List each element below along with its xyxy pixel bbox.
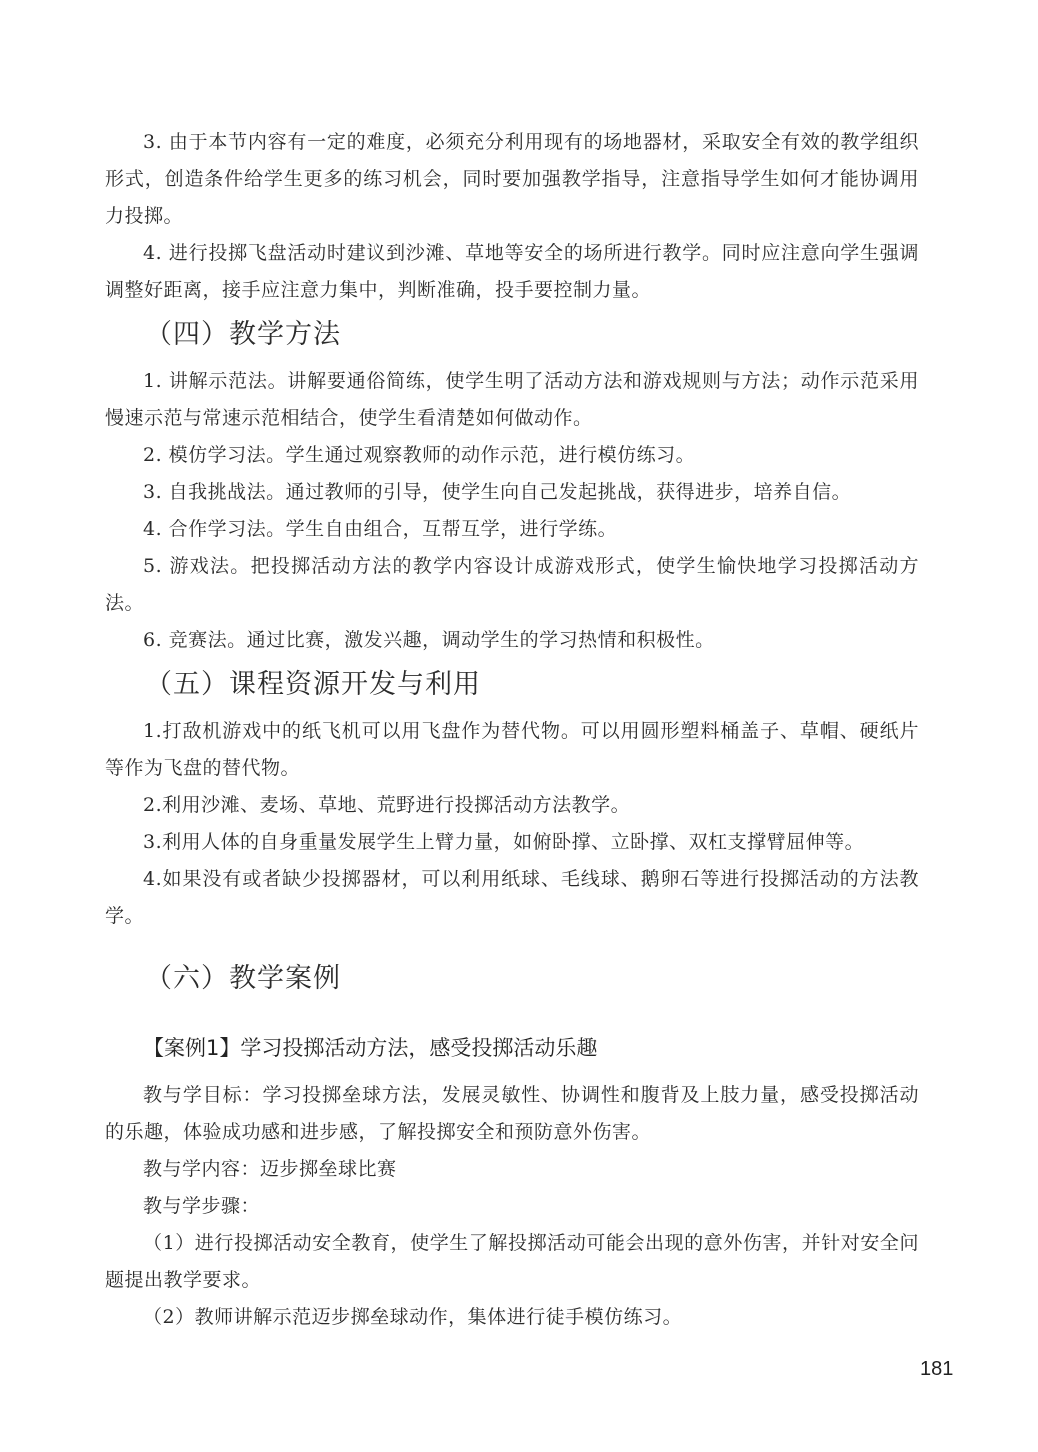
- case-goal: 教与学目标：学习投掷垒球方法，发展灵敏性、协调性和腹背及上肢力量，感受投掷活动的…: [105, 1077, 919, 1151]
- case-step-2: （2）教师讲解示范迈步掷垒球动作，集体进行徒手模仿练习。: [105, 1299, 919, 1336]
- spacer: [105, 935, 919, 953]
- section-heading-teaching-cases: （六）教学案例: [105, 959, 919, 999]
- resource-item-3: 3.利用人体的自身重量发展学生上臂力量，如俯卧撑、立卧撑、双杠支撑臂屈伸等。: [105, 824, 919, 861]
- method-item-3: 3. 自我挑战法。通过教师的引导，使学生向自己发起挑战，获得进步，培养自信。: [105, 474, 919, 511]
- case-step-1: （1）进行投掷活动安全教育，使学生了解投掷活动可能会出现的意外伤害，并针对安全问…: [105, 1225, 919, 1299]
- page-body: 3. 由于本节内容有一定的难度，必须充分利用现有的场地器材，采取安全有效的教学组…: [105, 124, 919, 1336]
- spacer: [105, 1007, 919, 1025]
- case-title: 【案例1】学习投掷活动方法，感受投掷活动乐趣: [105, 1033, 919, 1063]
- note-item-4: 4. 进行投掷飞盘活动时建议到沙滩、草地等安全的场所进行教学。同时应注意向学生强…: [105, 235, 919, 309]
- resource-item-2: 2.利用沙滩、麦场、草地、荒野进行投掷活动方法教学。: [105, 787, 919, 824]
- case-steps-label: 教与学步骤：: [105, 1188, 919, 1225]
- method-item-6: 6. 竞赛法。通过比赛，激发兴趣，调动学生的学习热情和积极性。: [105, 622, 919, 659]
- method-item-1: 1. 讲解示范法。讲解要通俗简练，使学生明了活动方法和游戏规则与方法；动作示范采…: [105, 363, 919, 437]
- method-item-4: 4. 合作学习法。学生自由组合，互帮互学，进行学练。: [105, 511, 919, 548]
- section-heading-teaching-methods: （四）教学方法: [105, 315, 919, 355]
- resource-item-1: 1.打敌机游戏中的纸飞机可以用飞盘作为替代物。可以用圆形塑料桶盖子、草帽、硬纸片…: [105, 713, 919, 787]
- section-heading-course-resources: （五）课程资源开发与利用: [105, 665, 919, 705]
- method-item-2: 2. 模仿学习法。学生通过观察教师的动作示范，进行模仿练习。: [105, 437, 919, 474]
- case-content: 教与学内容：迈步掷垒球比赛: [105, 1151, 919, 1188]
- method-item-5: 5. 游戏法。把投掷活动方法的教学内容设计成游戏形式，使学生愉快地学习投掷活动方…: [105, 548, 919, 622]
- page-number: 181: [920, 1358, 953, 1381]
- note-item-3: 3. 由于本节内容有一定的难度，必须充分利用现有的场地器材，采取安全有效的教学组…: [105, 124, 919, 235]
- resource-item-4: 4.如果没有或者缺少投掷器材，可以利用纸球、毛线球、鹅卵石等进行投掷活动的方法教…: [105, 861, 919, 935]
